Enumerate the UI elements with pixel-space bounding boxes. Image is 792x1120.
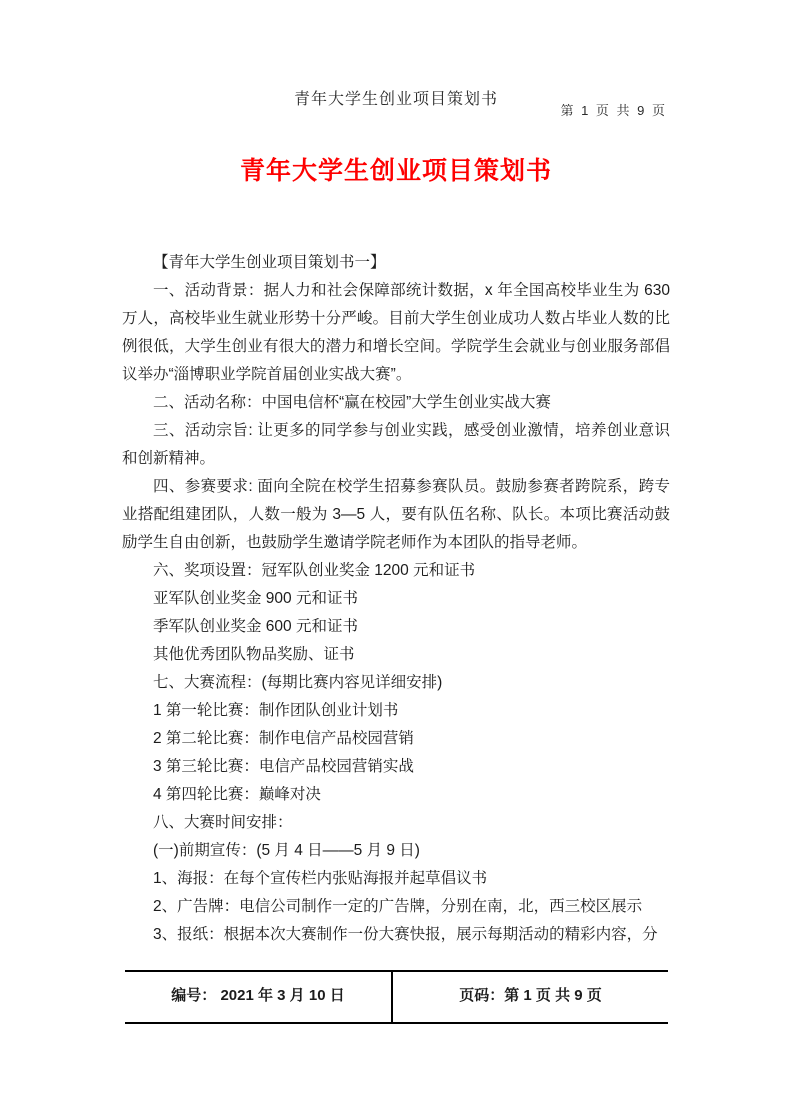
body-paragraph-round1: 1 第一轮比赛：制作团队创业计划书: [122, 697, 670, 725]
footer-number-cell: 编号： 2021 年 3 月 10 日: [125, 972, 393, 1022]
header-page-number: 第 1 页 共 9 页: [560, 100, 667, 119]
body-paragraph-award-third: 季军队创业奖金 600 元和证书: [122, 613, 670, 641]
body-paragraph-award-second: 亚军队创业奖金 900 元和证书: [122, 585, 670, 613]
document-body: 【青年大学生创业项目策划书一】 一、活动背景：据人力和社会保障部统计数据，x 年…: [122, 249, 670, 949]
body-paragraph-requirements: 四、参赛要求: 面向全院在校学生招募参赛队员。鼓励参赛者跨院系，跨专业搭配组建团…: [122, 473, 670, 557]
body-paragraph-process: 七、大赛流程：(每期比赛内容见详细安排): [122, 669, 670, 697]
body-paragraph-purpose: 三、活动宗旨: 让更多的同学参与创业实践，感受创业激情，培养创业意识和创新精神。: [122, 417, 670, 473]
document-page: 青年大学生创业项目策划书 第 1 页 共 9 页 青年大学生创业项目策划书 【青…: [0, 0, 792, 1120]
body-paragraph-newspaper: 3、报纸：根据本次大赛制作一份大赛快报，展示每期活动的精彩内容，分: [122, 921, 670, 949]
body-paragraph-billboard: 2、广告牌：电信公司制作一定的广告牌，分别在南，北，西三校区展示: [122, 893, 670, 921]
body-paragraph-activity-name: 二、活动名称：中国电信杯“赢在校园”大学生创业实战大赛: [122, 389, 670, 417]
header-title: 青年大学生创业项目策划书: [0, 86, 792, 109]
body-paragraph-round3: 3 第三轮比赛：电信产品校园营销实战: [122, 753, 670, 781]
body-paragraph-round4: 4 第四轮比赛：巅峰对决: [122, 781, 670, 809]
body-paragraph-round2: 2 第二轮比赛：制作电信产品校园营销: [122, 725, 670, 753]
body-paragraph-background: 一、活动背景：据人力和社会保障部统计数据，x 年全国高校毕业生为 630 万人，…: [122, 277, 670, 389]
body-paragraph-awards: 六、奖项设置：冠军队创业奖金 1200 元和证书: [122, 557, 670, 585]
body-paragraph-poster: 1、海报：在每个宣传栏内张贴海报并起草倡议书: [122, 865, 670, 893]
body-paragraph-schedule: 八、大赛时间安排：: [122, 809, 670, 837]
document-title: 青年大学生创业项目策划书: [0, 151, 792, 187]
footer-table: 编号： 2021 年 3 月 10 日 页码：第 1 页 共 9 页: [125, 970, 668, 1024]
footer-page-cell: 页码：第 1 页 共 9 页: [393, 972, 668, 1022]
body-paragraph-award-other: 其他优秀团队物品奖励、证书: [122, 641, 670, 669]
body-paragraph-promotion: (一)前期宣传：(5 月 4 日——5 月 9 日): [122, 837, 670, 865]
body-paragraph-heading: 【青年大学生创业项目策划书一】: [122, 249, 670, 277]
